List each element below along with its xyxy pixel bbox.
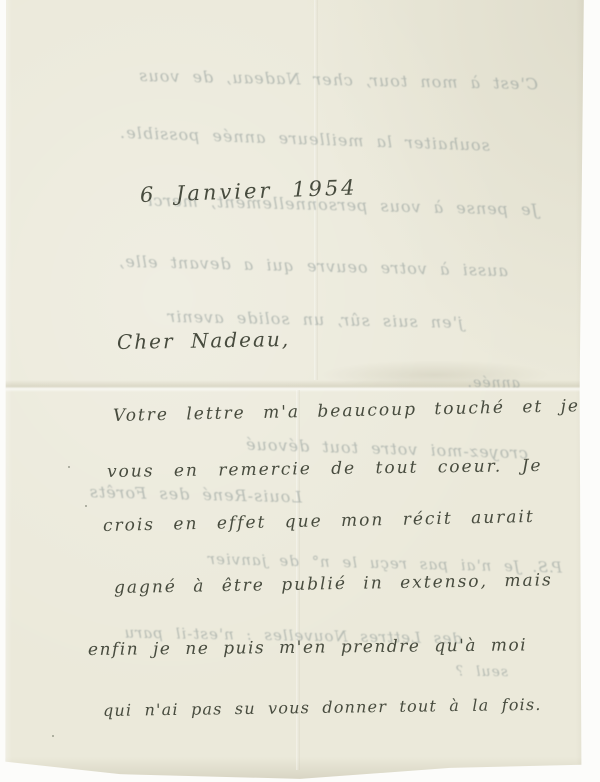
ink-speck bbox=[85, 505, 87, 507]
paper-speck bbox=[52, 735, 54, 737]
handwritten-line: gagné à être publié in extenso, mais bbox=[114, 570, 553, 598]
bleedthrough-line: C'est à mon tour, cher Nadeau, de vous bbox=[110, 66, 538, 94]
handwritten-line: crois en effet que mon récit aurait bbox=[103, 507, 535, 536]
letter-paper: C'est à mon tour, cher Nadeau, de vousso… bbox=[0, 0, 600, 782]
bleedthrough-line: année. bbox=[428, 375, 520, 392]
handwritten-line: enfin je ne puis m'en prendre qu'à moi bbox=[88, 635, 527, 660]
handwritten-line: vous en remercie de tout coeur. Je bbox=[107, 456, 543, 482]
letter-salutation: Cher Nadeau, bbox=[117, 327, 291, 354]
handwritten-line: qui n'ai pas su vous donner tout à la fo… bbox=[103, 695, 542, 720]
bleedthrough-line: Louis-René des Forêts bbox=[95, 482, 302, 506]
ink-speck bbox=[68, 466, 70, 468]
bleedthrough-line: souhaiter la meilleure année possible. bbox=[95, 122, 490, 155]
handwritten-line: Votre lettre m'a beaucoup touché et je bbox=[113, 396, 580, 426]
bleedthrough-line: seul ? bbox=[462, 664, 508, 681]
scanned-letter: C'est à mon tour, cher Nadeau, de vousso… bbox=[0, 0, 600, 782]
bleedthrough-line: aussi à votre oeuvre qui a devant elle, bbox=[75, 251, 508, 281]
